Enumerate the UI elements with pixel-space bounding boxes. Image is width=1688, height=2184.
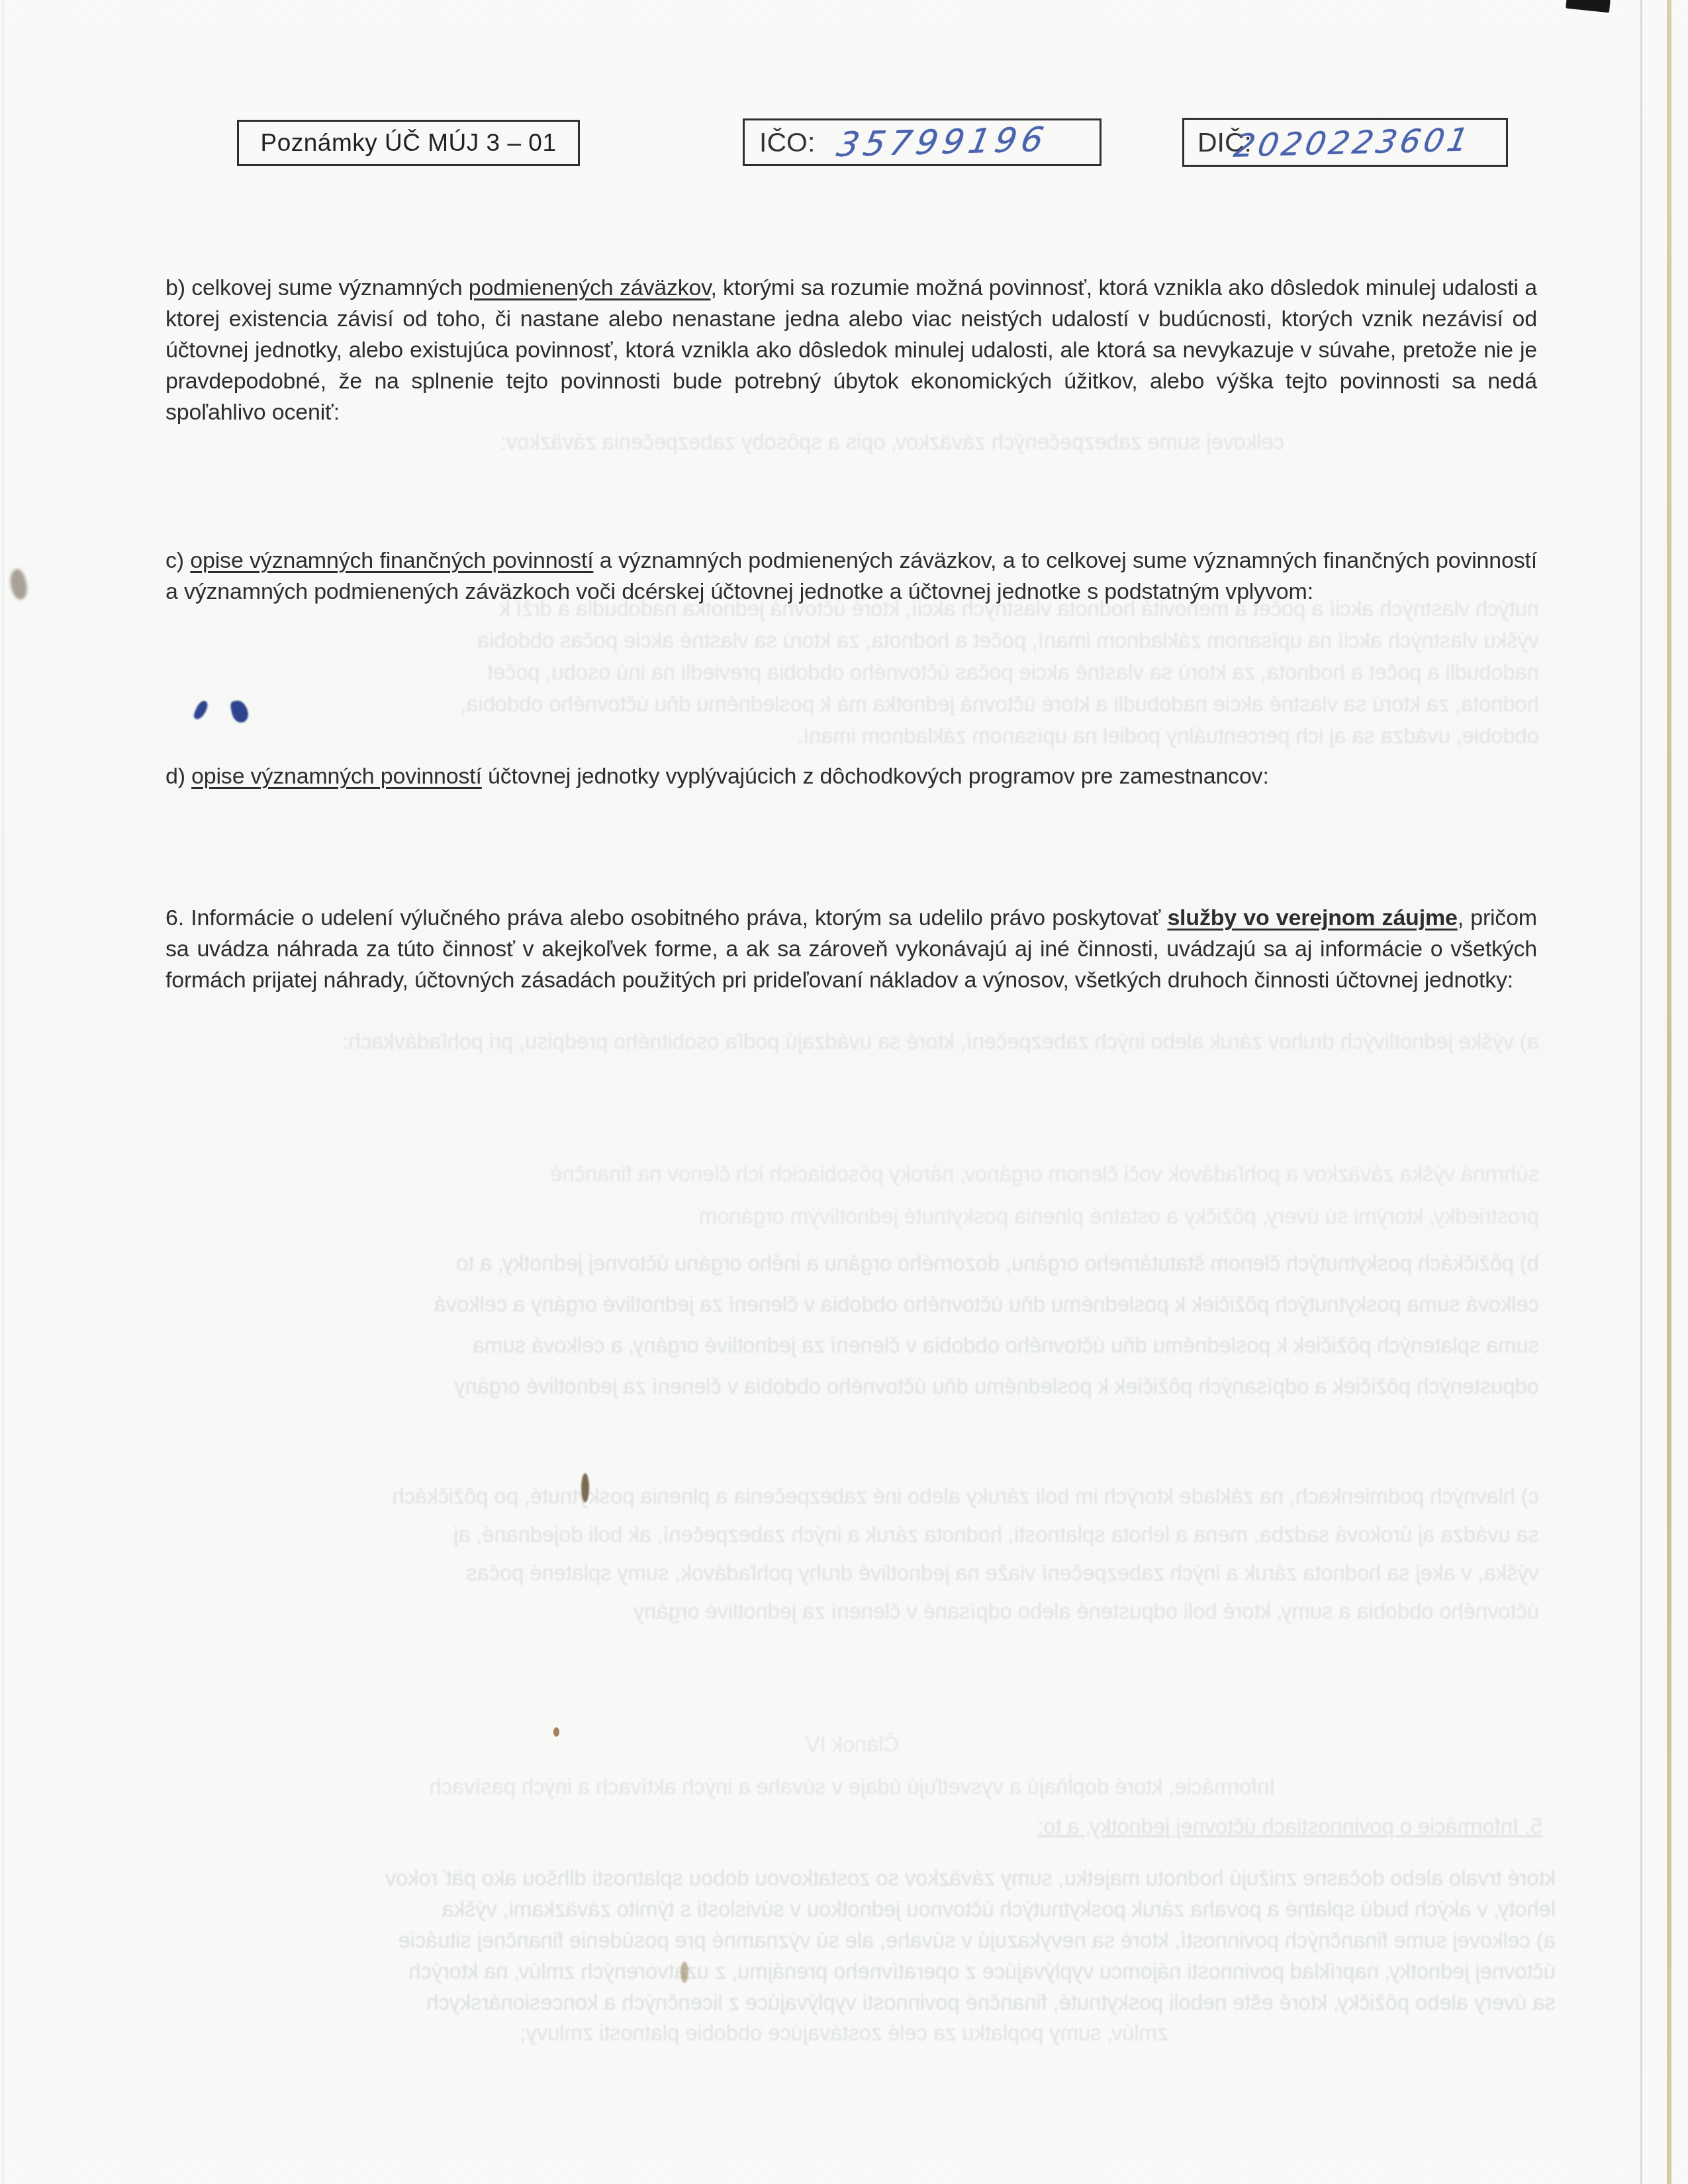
- text-segment: 6. Informácie o udelení výlučného práva …: [165, 905, 1167, 931]
- text-segment: podmienených záväzkov: [469, 275, 711, 300]
- bleedthrough-line: nadobudli a počet a hodnota, za ktorú sa…: [165, 657, 1539, 688]
- bleedthrough-line: lehoty, v akých budú splatné a povaha zá…: [165, 1893, 1556, 1925]
- bleedthrough-line: a) výške jednotlivých druhov záruk alebo…: [165, 1026, 1539, 1058]
- bleedthrough-line: c) hlavných podmienkach, na základe ktor…: [165, 1477, 1539, 1516]
- bleedthrough-line: účtovnej jednotky, napríklad povinnosti …: [165, 1956, 1556, 1987]
- bleedthrough-block: ktoré trvalo alebo dočasne znižujú hodno…: [165, 1862, 1556, 2018]
- bleedthrough-line: odpustených pôžičiek a odpísaných pôžiči…: [165, 1366, 1539, 1407]
- bleedthrough-line: a) celkovej sume finančných povinností, …: [165, 1925, 1556, 1956]
- paragraph-6-public-interest-services: 6. Informácie o udelení výlučného práva …: [165, 903, 1537, 996]
- bleedthrough-line: suma splatených pôžičiek k poslednému dň…: [165, 1325, 1539, 1366]
- bleedthrough-line: b) pôžičkách poskytnutých členom štatutá…: [165, 1243, 1539, 1284]
- bleedthrough-line: súhrnná výška záväzkov a pohľadávok voči…: [165, 1153, 1539, 1195]
- paragraph-d-pension-programs: d) opise významných povinností účtovnej …: [165, 761, 1635, 792]
- text-segment: opise významných finančných povinností: [190, 548, 593, 573]
- ico-handwritten-value: 35799196: [834, 120, 1051, 165]
- text-segment: opise významných povinností: [191, 764, 482, 789]
- scan-right-edge-shadow: [1640, 0, 1642, 2184]
- text-segment: služby vo verejnom záujme: [1167, 905, 1457, 931]
- form-code-box: Poznámky ÚČ MÚJ 3 – 01: [237, 120, 580, 166]
- bleedthrough-line: výška, v akej sa hodnota záruk a iných z…: [165, 1554, 1539, 1592]
- bleedthrough-block: b) pôžičkách poskytnutých členom štatutá…: [165, 1243, 1539, 1407]
- text-segment: c): [165, 548, 190, 573]
- bleedthrough-line: prostriedky, ktorými sú úvery, pôžičky a…: [165, 1195, 1539, 1238]
- bleedthrough-line: účtovného obdobia a sumy, ktoré boli odp…: [165, 1592, 1539, 1631]
- ink-smudge: [7, 568, 30, 601]
- scan-left-edge-line: [3, 0, 4, 2184]
- bleedthrough-block: nutých vlastných akcií a počet a menovit…: [165, 593, 1539, 752]
- paragraph-c-financial-obligations: c) opise významných finančných povinnost…: [165, 545, 1537, 608]
- paragraph-b-contingent-liabilities: b) celkovej sume významných podmienených…: [165, 273, 1537, 428]
- bleedthrough-line: sa uvádza aj úroková sadzba, mena a leho…: [165, 1516, 1539, 1554]
- text-segment: účtovnej jednotky vyplývajúcich z dôchod…: [482, 764, 1269, 789]
- bleedthrough-line: obdobie, uvádza sa aj ich percentuálny p…: [165, 720, 1539, 752]
- bleedthrough-line: 5. Informácie o povinnostiach účtovnej j…: [715, 1811, 1542, 1843]
- bleedthrough-block: c) hlavných podmienkach, na základe ktor…: [165, 1477, 1539, 1631]
- scan-corner-mark: [1566, 0, 1611, 13]
- dic-handwritten-value: 2020223601: [1231, 121, 1475, 164]
- text-segment: d): [165, 764, 191, 789]
- bleedthrough-heading: Článok IV: [165, 1729, 1539, 1760]
- bleedthrough-line: celkovej sume zabezpečených záväzkov, op…: [199, 426, 1284, 458]
- bleedthrough-line: sa úvery alebo pôžičky, ktoré ešte nebol…: [165, 1987, 1556, 2018]
- text-segment: b) celkovej sume významných: [165, 275, 469, 300]
- ico-label: IČO:: [759, 127, 815, 158]
- form-code-label: Poznámky ÚČ MÚJ 3 – 01: [261, 129, 557, 157]
- bleedthrough-subheading: Informácie, ktoré dopĺňajú a vysvetľujú …: [165, 1771, 1539, 1803]
- bleedthrough-line: výšku vlastných akcií na upísanom základ…: [165, 625, 1539, 657]
- bleedthrough-line: zmlúv, sumy poplatku za celé zostávajúce…: [463, 2017, 1225, 2049]
- scanned-document-page: Poznámky ÚČ MÚJ 3 – 01 IČO: DIČ: 3579919…: [0, 0, 1688, 2184]
- bleedthrough-line: ktoré trvalo alebo dočasne znižujú hodno…: [165, 1862, 1556, 1893]
- bleedthrough-block: súhrnná výška záväzkov a pohľadávok voči…: [165, 1153, 1539, 1238]
- bleedthrough-underlined-text: 5. Informácie o povinnostiach účtovnej j…: [1037, 1814, 1542, 1839]
- scan-right-edge-strip: [1667, 0, 1671, 2184]
- bleedthrough-line: hodnota, za ktorú sa vlastné akcie nadob…: [165, 688, 1539, 720]
- bleedthrough-line: celková suma poskytnutých pôžičiek k pos…: [165, 1284, 1539, 1325]
